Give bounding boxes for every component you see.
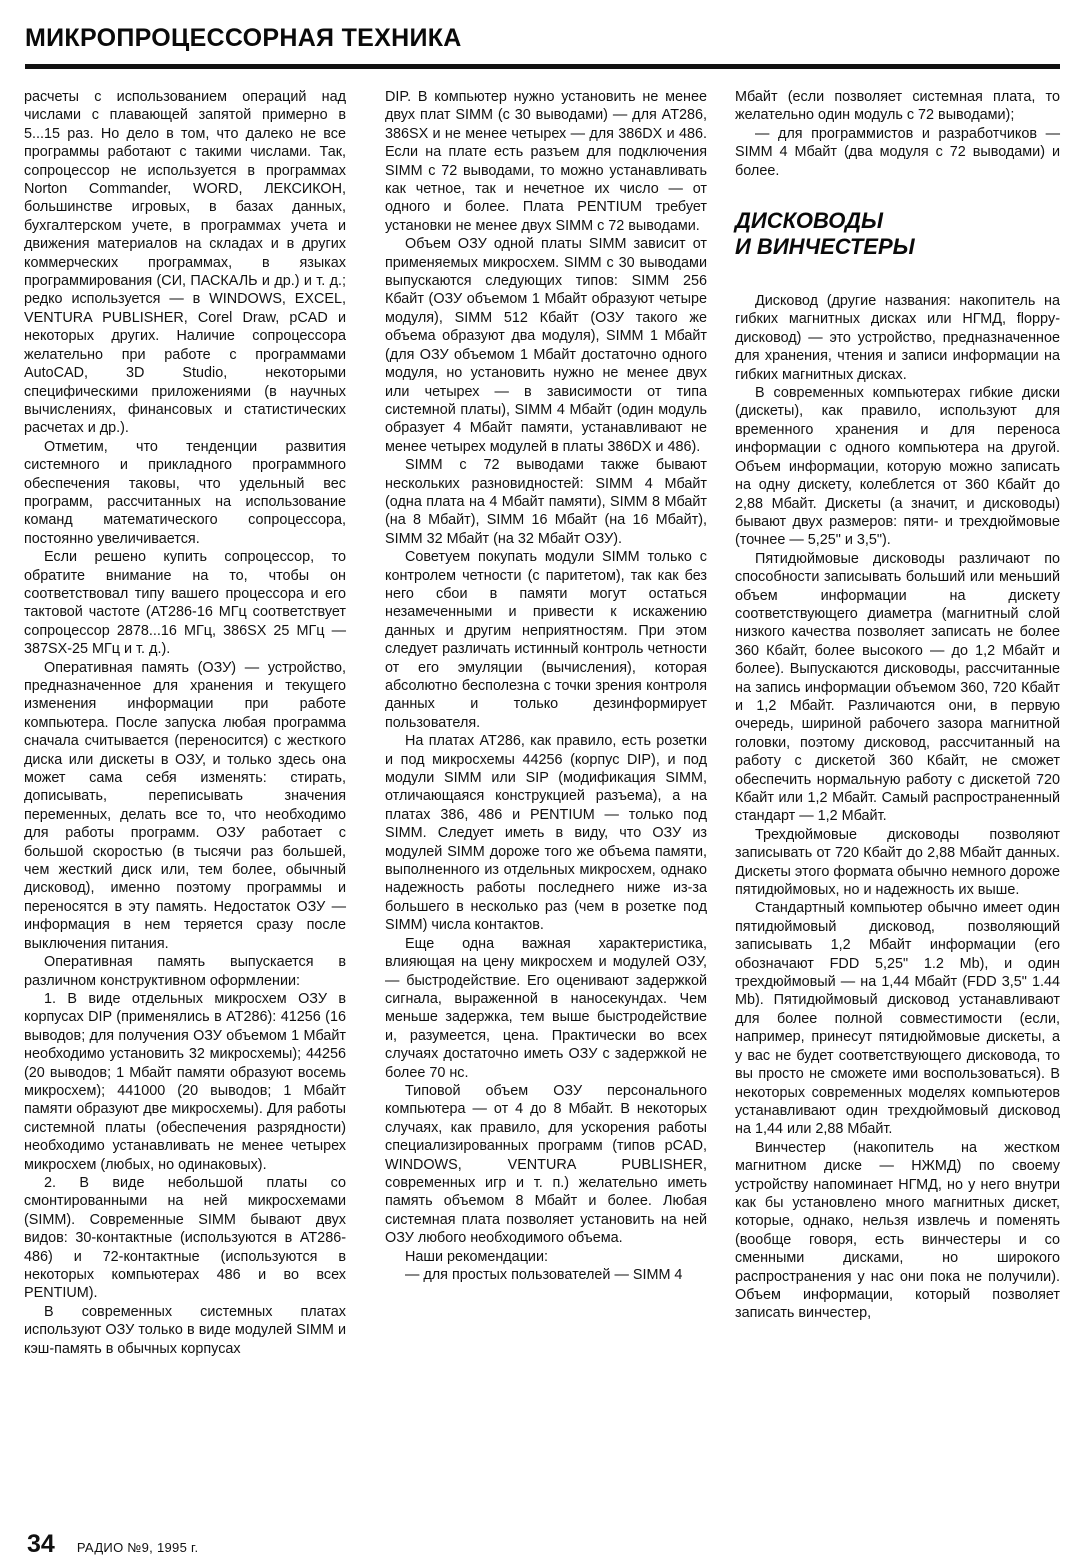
paragraph: В современных компьютерах гибкие диски (… bbox=[735, 384, 1060, 550]
paragraph: Пятидюймовые дисководы различают по спос… bbox=[735, 550, 1060, 826]
paragraph: Мбайт (если позволяет системная плата, т… bbox=[735, 88, 1060, 125]
list-item: 2. В виде небольшой платы со смонтирован… bbox=[24, 1174, 346, 1303]
paragraph: Стандартный компьютер обычно имеет один … bbox=[735, 899, 1060, 1138]
page-footer: 34 РАДИО №9, 1995 г. bbox=[27, 1530, 198, 1559]
paragraph: Объем ОЗУ одной платы SIMM зависит от пр… bbox=[385, 235, 707, 456]
list-item: — для программистов и разработчиков — SI… bbox=[735, 125, 1060, 180]
paragraph: Если решено купить сопроцессор, то обрат… bbox=[24, 548, 346, 658]
paragraph: Дисковод (другие названия: накопитель на… bbox=[735, 292, 1060, 384]
paragraph: DIP. В компьютер нужно установить не мен… bbox=[385, 88, 707, 235]
page-number: 34 bbox=[27, 1530, 55, 1559]
paragraph: Еще одна важная характеристика, влияющая… bbox=[385, 935, 707, 1082]
page-header: МИКРОПРОЦЕССОРНАЯ ТЕХНИКА bbox=[25, 18, 1060, 58]
paragraph: Оперативная память выпускается в различн… bbox=[24, 953, 346, 990]
paragraph: SIMM с 72 выводами также бывают нескольк… bbox=[385, 456, 707, 548]
paragraph: Типовой объем ОЗУ персонального компьюте… bbox=[385, 1082, 707, 1248]
paragraph: Наши рекомендации: bbox=[385, 1248, 707, 1266]
list-item: 1. В виде отдельных микросхем ОЗУ в корп… bbox=[24, 990, 346, 1174]
section-heading-line-2: И ВИНЧЕСТЕРЫ bbox=[735, 234, 915, 259]
header-divider bbox=[25, 64, 1060, 69]
article-body: расчеты с использованием операций над чи… bbox=[24, 88, 1060, 1528]
section-heading-line-1: ДИСКОВОДЫ bbox=[735, 208, 883, 233]
paragraph: Советуем покупать модули SIMM только с к… bbox=[385, 548, 707, 732]
column-2: DIP. В компьютер нужно установить не мен… bbox=[385, 88, 707, 1284]
issue-label: РАДИО №9, 1995 г. bbox=[77, 1540, 199, 1555]
paragraph: Оперативная память (ОЗУ) — устройство, п… bbox=[24, 659, 346, 954]
paragraph: расчеты с использованием операций над чи… bbox=[24, 88, 346, 438]
section-heading: ДИСКОВОДЫ И ВИНЧЕСТЕРЫ bbox=[735, 208, 1060, 260]
paragraph: Отметим, что тенденции развития системно… bbox=[24, 438, 346, 548]
paragraph: В современных системных платах использую… bbox=[24, 1303, 346, 1358]
column-1: расчеты с использованием операций над чи… bbox=[24, 88, 346, 1358]
paragraph: На платах AT286, как правило, есть розет… bbox=[385, 732, 707, 934]
column-3: Мбайт (если позволяет системная плата, т… bbox=[735, 88, 1060, 1323]
list-item: — для простых пользователей — SIMM 4 bbox=[385, 1266, 707, 1284]
section-title: МИКРОПРОЦЕССОРНАЯ ТЕХНИКА bbox=[25, 18, 1060, 58]
paragraph: Трехдюймовые дисководы позволяют записыв… bbox=[735, 826, 1060, 900]
paragraph: Винчестер (накопитель на жестком магнитн… bbox=[735, 1139, 1060, 1323]
